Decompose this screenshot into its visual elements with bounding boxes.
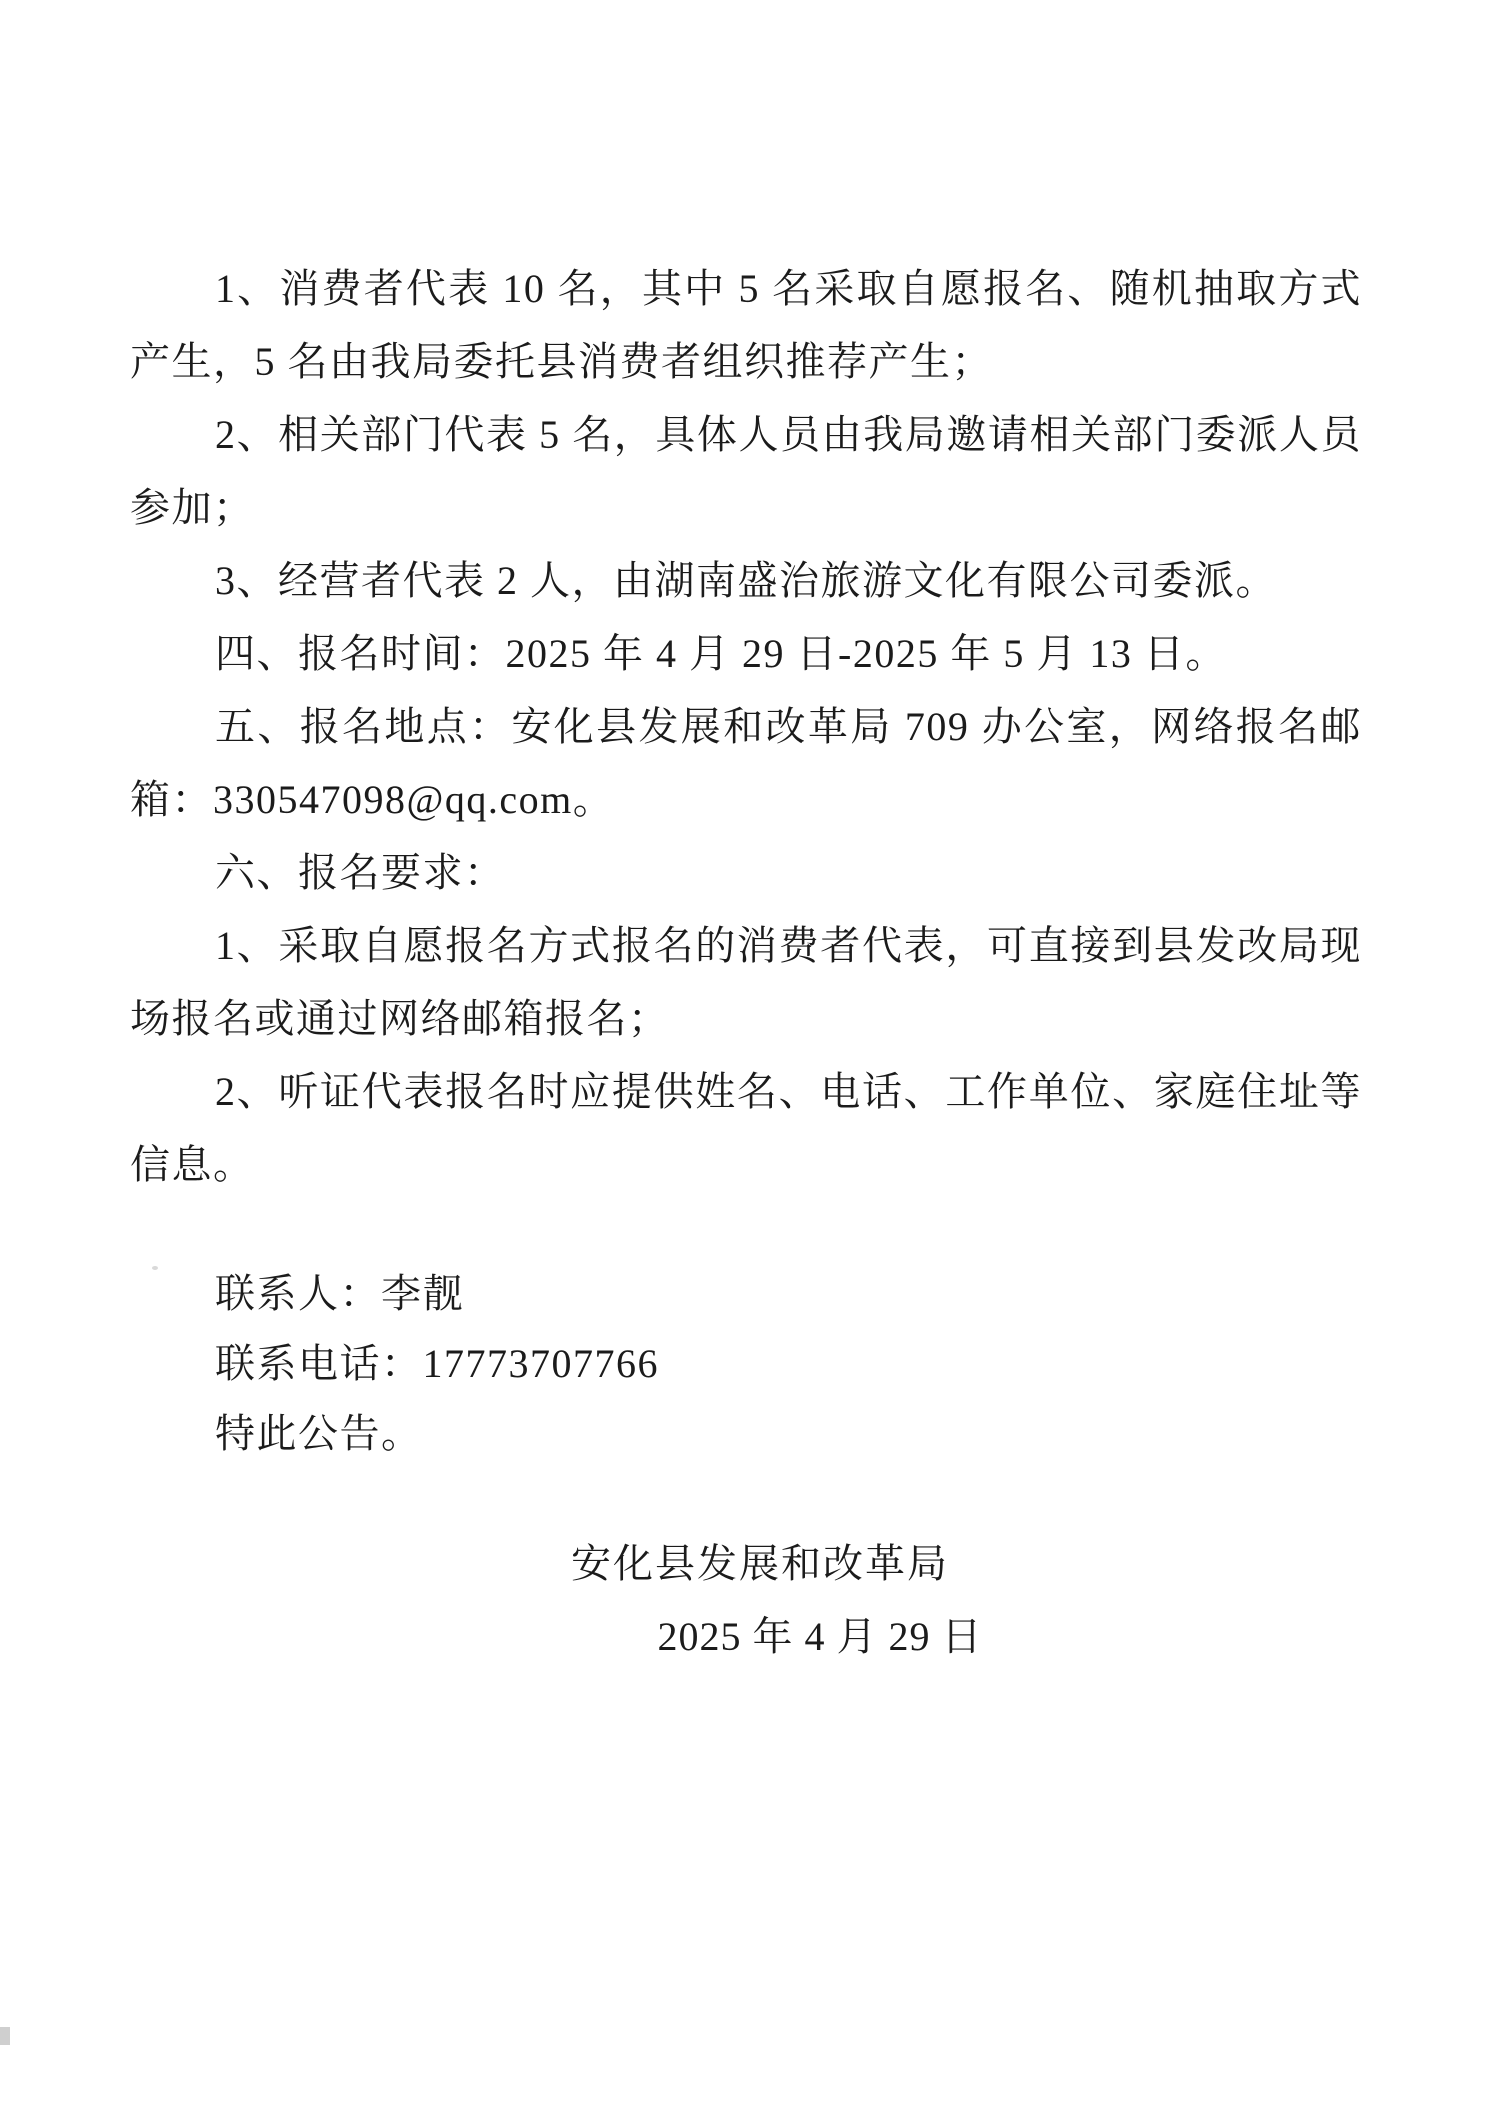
contact-block: 联系人：李靓 联系电话：17773707766 特此公告。 (130, 1259, 1362, 1469)
scan-speck (1305, 1085, 1310, 1090)
contact-person-line: 联系人：李靓 (130, 1259, 1362, 1329)
body-paragraph: 1、采取自愿报名方式报名的消费者代表，可直接到县发改局现场报名或通过网络邮箱报名… (130, 909, 1362, 1055)
contact-phone-line: 联系电话：17773707766 (130, 1329, 1362, 1399)
document-body: 1、消费者代表 10 名，其中 5 名采取自愿报名、随机抽取方式产生，5 名由我… (130, 252, 1362, 1673)
closing-line: 特此公告。 (130, 1399, 1362, 1469)
scan-edge-smudge (0, 2027, 10, 2045)
body-paragraph: 2、相关部门代表 5 名，具体人员由我局邀请相关部门委派人员参加； (130, 398, 1362, 544)
body-paragraph: 3、经营者代表 2 人，由湖南盛治旅游文化有限公司委派。 (130, 544, 1362, 617)
body-paragraph: 五、报名地点：安化县发展和改革局 709 办公室，网络报名邮箱：33054709… (130, 690, 1362, 836)
issue-date: 2025 年 4 月 29 日 (520, 1600, 1120, 1673)
document-page: 1、消费者代表 10 名，其中 5 名采取自愿报名、随机抽取方式产生，5 名由我… (0, 0, 1487, 2102)
issuing-authority: 安化县发展和改革局 (460, 1527, 1060, 1600)
body-paragraph: 2、听证代表报名时应提供姓名、电话、工作单位、家庭住址等信息。 (130, 1055, 1362, 1201)
scan-speck (152, 1266, 158, 1270)
body-paragraph: 1、消费者代表 10 名，其中 5 名采取自愿报名、随机抽取方式产生，5 名由我… (130, 252, 1362, 398)
body-paragraph: 四、报名时间：2025 年 4 月 29 日-2025 年 5 月 13 日。 (130, 617, 1362, 690)
signature-block: 安化县发展和改革局 2025 年 4 月 29 日 (130, 1527, 1362, 1673)
body-paragraph: 六、报名要求： (130, 836, 1362, 909)
